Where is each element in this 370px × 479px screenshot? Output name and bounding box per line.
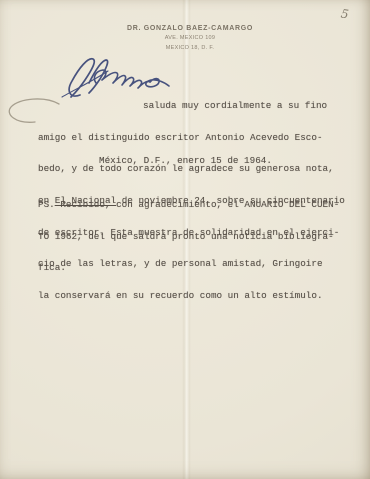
body-line-2: amigo el distinguido escritor Antonio Ac… <box>38 133 364 144</box>
scanned-letter-page: DR. GONZALO BAEZ-CAMARGO AVE. MEXICO 109… <box>0 0 370 479</box>
postscript-paragraph: PS. Recibido, con agradecimiento, el ANU… <box>38 179 364 295</box>
handwritten-page-number: 5 <box>340 6 350 21</box>
postscript-line-2: TO 1962, del que saldrá pronto una notic… <box>38 232 364 243</box>
letterhead-address-line2: MEXICO 18, D. F. <box>5 45 370 51</box>
postscript-line-3: fica. <box>38 263 364 274</box>
postscript-line-1: PS. Recibido, con agradecimiento, el ANU… <box>38 200 364 211</box>
body-line-1: saluda muy cordialmente a su fino <box>38 101 364 112</box>
letterhead: DR. GONZALO BAEZ-CAMARGO AVE. MEXICO 109… <box>5 25 370 51</box>
date-line: México, D.F., enero 15 de 1964. <box>99 156 272 167</box>
letterhead-address-line1: AVE. MEXICO 109 <box>5 35 370 41</box>
letterhead-name: DR. GONZALO BAEZ-CAMARGO <box>5 25 370 32</box>
